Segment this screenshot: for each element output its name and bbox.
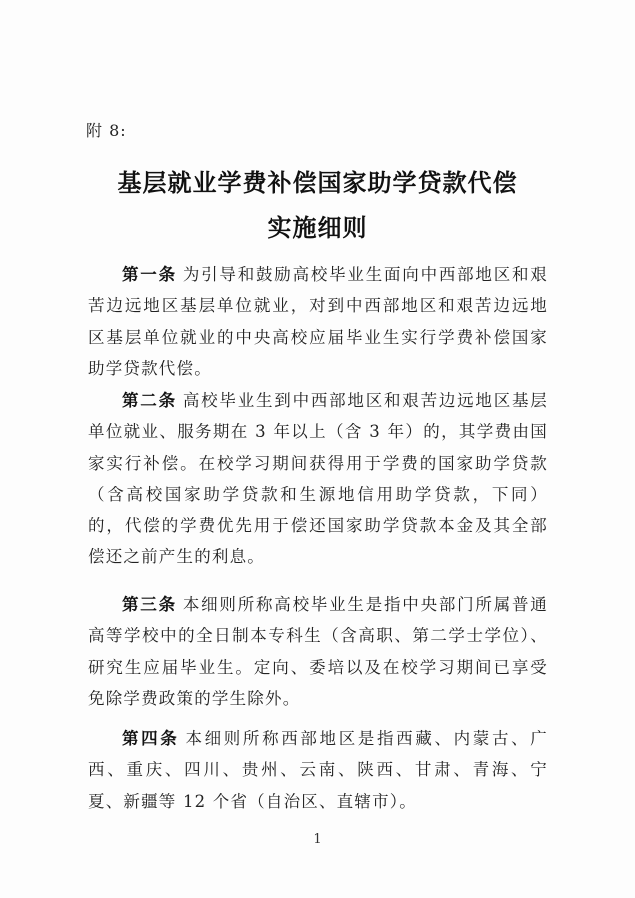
article-label: 第四条 — [122, 729, 179, 748]
document-title-line-2: 实施细则 — [0, 208, 635, 243]
article-label: 第二条 — [122, 391, 177, 410]
document-page: 附 8: 基层就业学费补偿国家助学贷款代偿 实施细则 第一条为引导和鼓励高校毕业… — [0, 0, 635, 898]
article-paragraph: 第四条本细则所称西部地区是指西藏、内蒙古、广西、重庆、四川、贵州、云南、陕西、甘… — [88, 723, 548, 817]
attachment-label: 附 8: — [86, 118, 127, 141]
article-3: 第三条本细则所称高校毕业生是指中央部门所属普通高等学校中的全日制本专科生（含高职… — [88, 589, 548, 714]
article-4: 第四条本细则所称西部地区是指西藏、内蒙古、广西、重庆、四川、贵州、云南、陕西、甘… — [88, 723, 548, 817]
article-label: 第三条 — [122, 595, 177, 614]
document-title-line-1: 基层就业学费补偿国家助学贷款代偿 — [0, 163, 635, 198]
article-paragraph: 第二条高校毕业生到中西部地区和艰苦边远地区基层单位就业、服务期在 3 年以上（含… — [88, 385, 548, 573]
article-1: 第一条为引导和鼓励高校毕业生面向中西部地区和艰苦边远地区基层单位就业，对到中西部… — [88, 259, 548, 384]
article-2: 第二条高校毕业生到中西部地区和艰苦边远地区基层单位就业、服务期在 3 年以上（含… — [88, 385, 548, 573]
article-label: 第一条 — [122, 265, 177, 284]
page-number: 1 — [0, 832, 635, 847]
article-text: 高校毕业生到中西部地区和艰苦边远地区基层单位就业、服务期在 3 年以上（含 3 … — [88, 391, 548, 566]
article-paragraph: 第一条为引导和鼓励高校毕业生面向中西部地区和艰苦边远地区基层单位就业，对到中西部… — [88, 259, 548, 384]
article-paragraph: 第三条本细则所称高校毕业生是指中央部门所属普通高等学校中的全日制本专科生（含高职… — [88, 589, 548, 714]
